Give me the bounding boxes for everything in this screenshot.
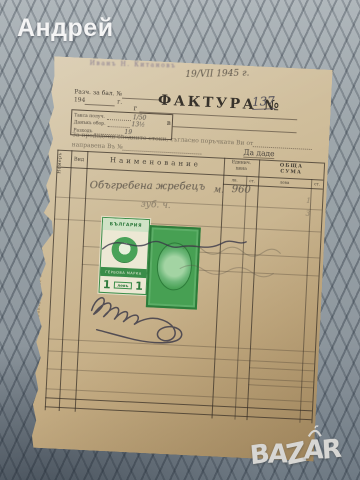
seller-name: Андрей xyxy=(17,14,114,43)
ledger-mark-2: 3 xyxy=(305,210,310,218)
unitprice-line1: Единич. xyxy=(232,160,252,166)
total-line2: СУМА xyxy=(280,168,302,175)
invoice-number: 137 xyxy=(252,94,275,110)
handwritten-date: 19/VII 1945 г. xyxy=(185,69,249,80)
blank-field-v: в xyxy=(167,119,297,133)
table-row-rule xyxy=(48,350,315,364)
col-header-unitprice: Единич. цена xyxy=(224,160,260,174)
col-header-index: Номеръ xyxy=(57,152,70,175)
subheader-st: ст. xyxy=(246,178,258,185)
col-header-kind: Вид xyxy=(71,156,87,163)
debit-label: Да даде xyxy=(243,148,275,160)
blank-v-label: в xyxy=(167,119,171,127)
col-header-name: Наименование xyxy=(87,156,224,169)
subheader-st2: ст. xyxy=(311,181,323,188)
ref-fill-line-2 xyxy=(85,97,115,106)
unitprice-line2: цена xyxy=(235,166,246,172)
ref-fill-line xyxy=(122,91,160,101)
ref-year-suffix: г. xyxy=(117,98,122,105)
invoice-document: Иванъ Н. Китановъ 19/VII 1945 г. Разч. з… xyxy=(29,56,333,461)
row1-name: Объгребена жребецъ xyxy=(90,180,206,193)
faint-handwriting-note xyxy=(179,239,301,285)
table-row-rule xyxy=(249,367,314,371)
table-row-rule xyxy=(47,368,314,382)
invoice-photo: Иванъ Н. Китановъ 19/VII 1945 г. Разч. з… xyxy=(29,56,333,461)
row1-total: 960 xyxy=(231,184,251,196)
table-line xyxy=(59,150,73,411)
bazar-watermark-logo: B A Z A R xyxy=(250,433,341,474)
intro-text-2: направена Въ № xyxy=(72,141,123,150)
blank-g-label: г xyxy=(133,104,137,112)
ledger-mark-1: 1 xyxy=(306,197,311,205)
row1-note: зуб. ч. xyxy=(141,200,171,211)
blank-v-line xyxy=(173,119,297,133)
table-row-rule xyxy=(248,384,313,388)
watermark-letter: B xyxy=(249,439,270,475)
table-row-rule xyxy=(55,197,322,211)
ref-year: 194 xyxy=(74,96,86,104)
watermark-letter-a: A xyxy=(304,435,324,465)
col-header-total: ОБЩА СУМА xyxy=(259,161,325,176)
signature xyxy=(80,280,261,353)
watermark-letter: R xyxy=(321,434,341,469)
row1-unit: м. xyxy=(213,185,224,195)
watermark-letter-a-hanger: A xyxy=(303,435,323,469)
subheader-lv: лв. xyxy=(223,177,246,184)
